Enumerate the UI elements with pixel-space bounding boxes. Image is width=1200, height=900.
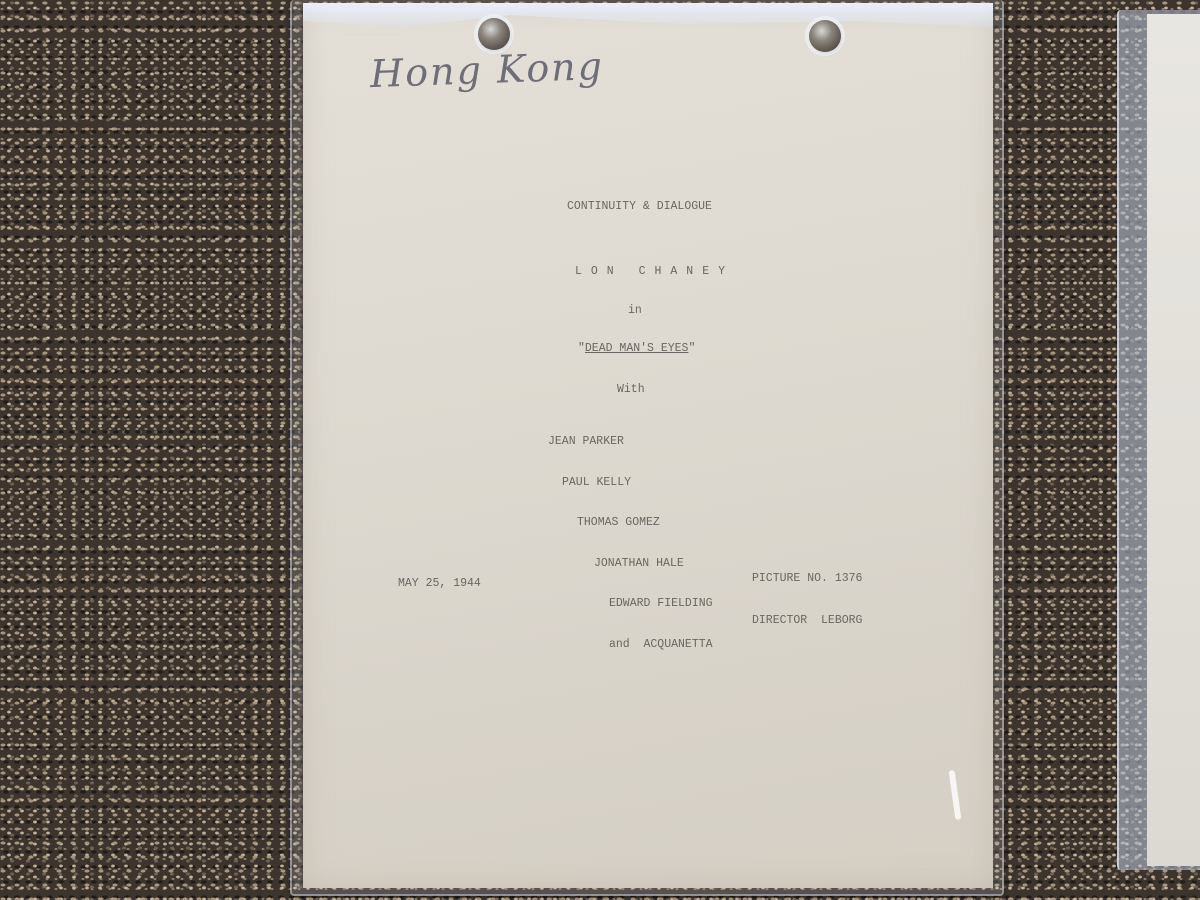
document-date: MAY 25, 1944 — [398, 577, 481, 590]
star-name: LON CHANEY — [575, 265, 734, 278]
cast-member: THOMAS GOMEZ — [577, 516, 713, 530]
cast-member: JONATHAN HALE — [594, 557, 713, 571]
cast-member: JEAN PARKER — [548, 435, 713, 449]
document-heading: CONTINUITY & DIALOGUE — [567, 200, 712, 213]
second-document-page — [1147, 14, 1200, 866]
cast-member: PAUL KELLY — [562, 476, 713, 490]
picture-number: PICTURE NO. 1376 — [752, 572, 862, 586]
close-quote: " — [688, 342, 695, 355]
cast-member: EDWARD FIELDING — [609, 597, 713, 611]
brass-brad-fastener-left — [478, 18, 510, 50]
film-title: "DEAD MAN'S EYES" — [578, 342, 695, 355]
picture-info: PICTURE NO. 1376 DIRECTOR LEBORG — [752, 544, 862, 642]
brass-brad-fastener-right — [809, 20, 841, 52]
handwritten-note: Hong Kong — [369, 44, 604, 96]
in-text: in — [628, 304, 642, 317]
cast-member: and ACQUANETTA — [609, 638, 713, 652]
with-text: With — [617, 383, 645, 396]
director: DIRECTOR LEBORG — [752, 614, 862, 628]
cast-list: JEAN PARKER PAUL KELLY THOMAS GOMEZ JONA… — [548, 408, 713, 665]
open-quote: " — [578, 342, 585, 355]
film-title-text: DEAD MAN'S EYES — [585, 342, 689, 355]
